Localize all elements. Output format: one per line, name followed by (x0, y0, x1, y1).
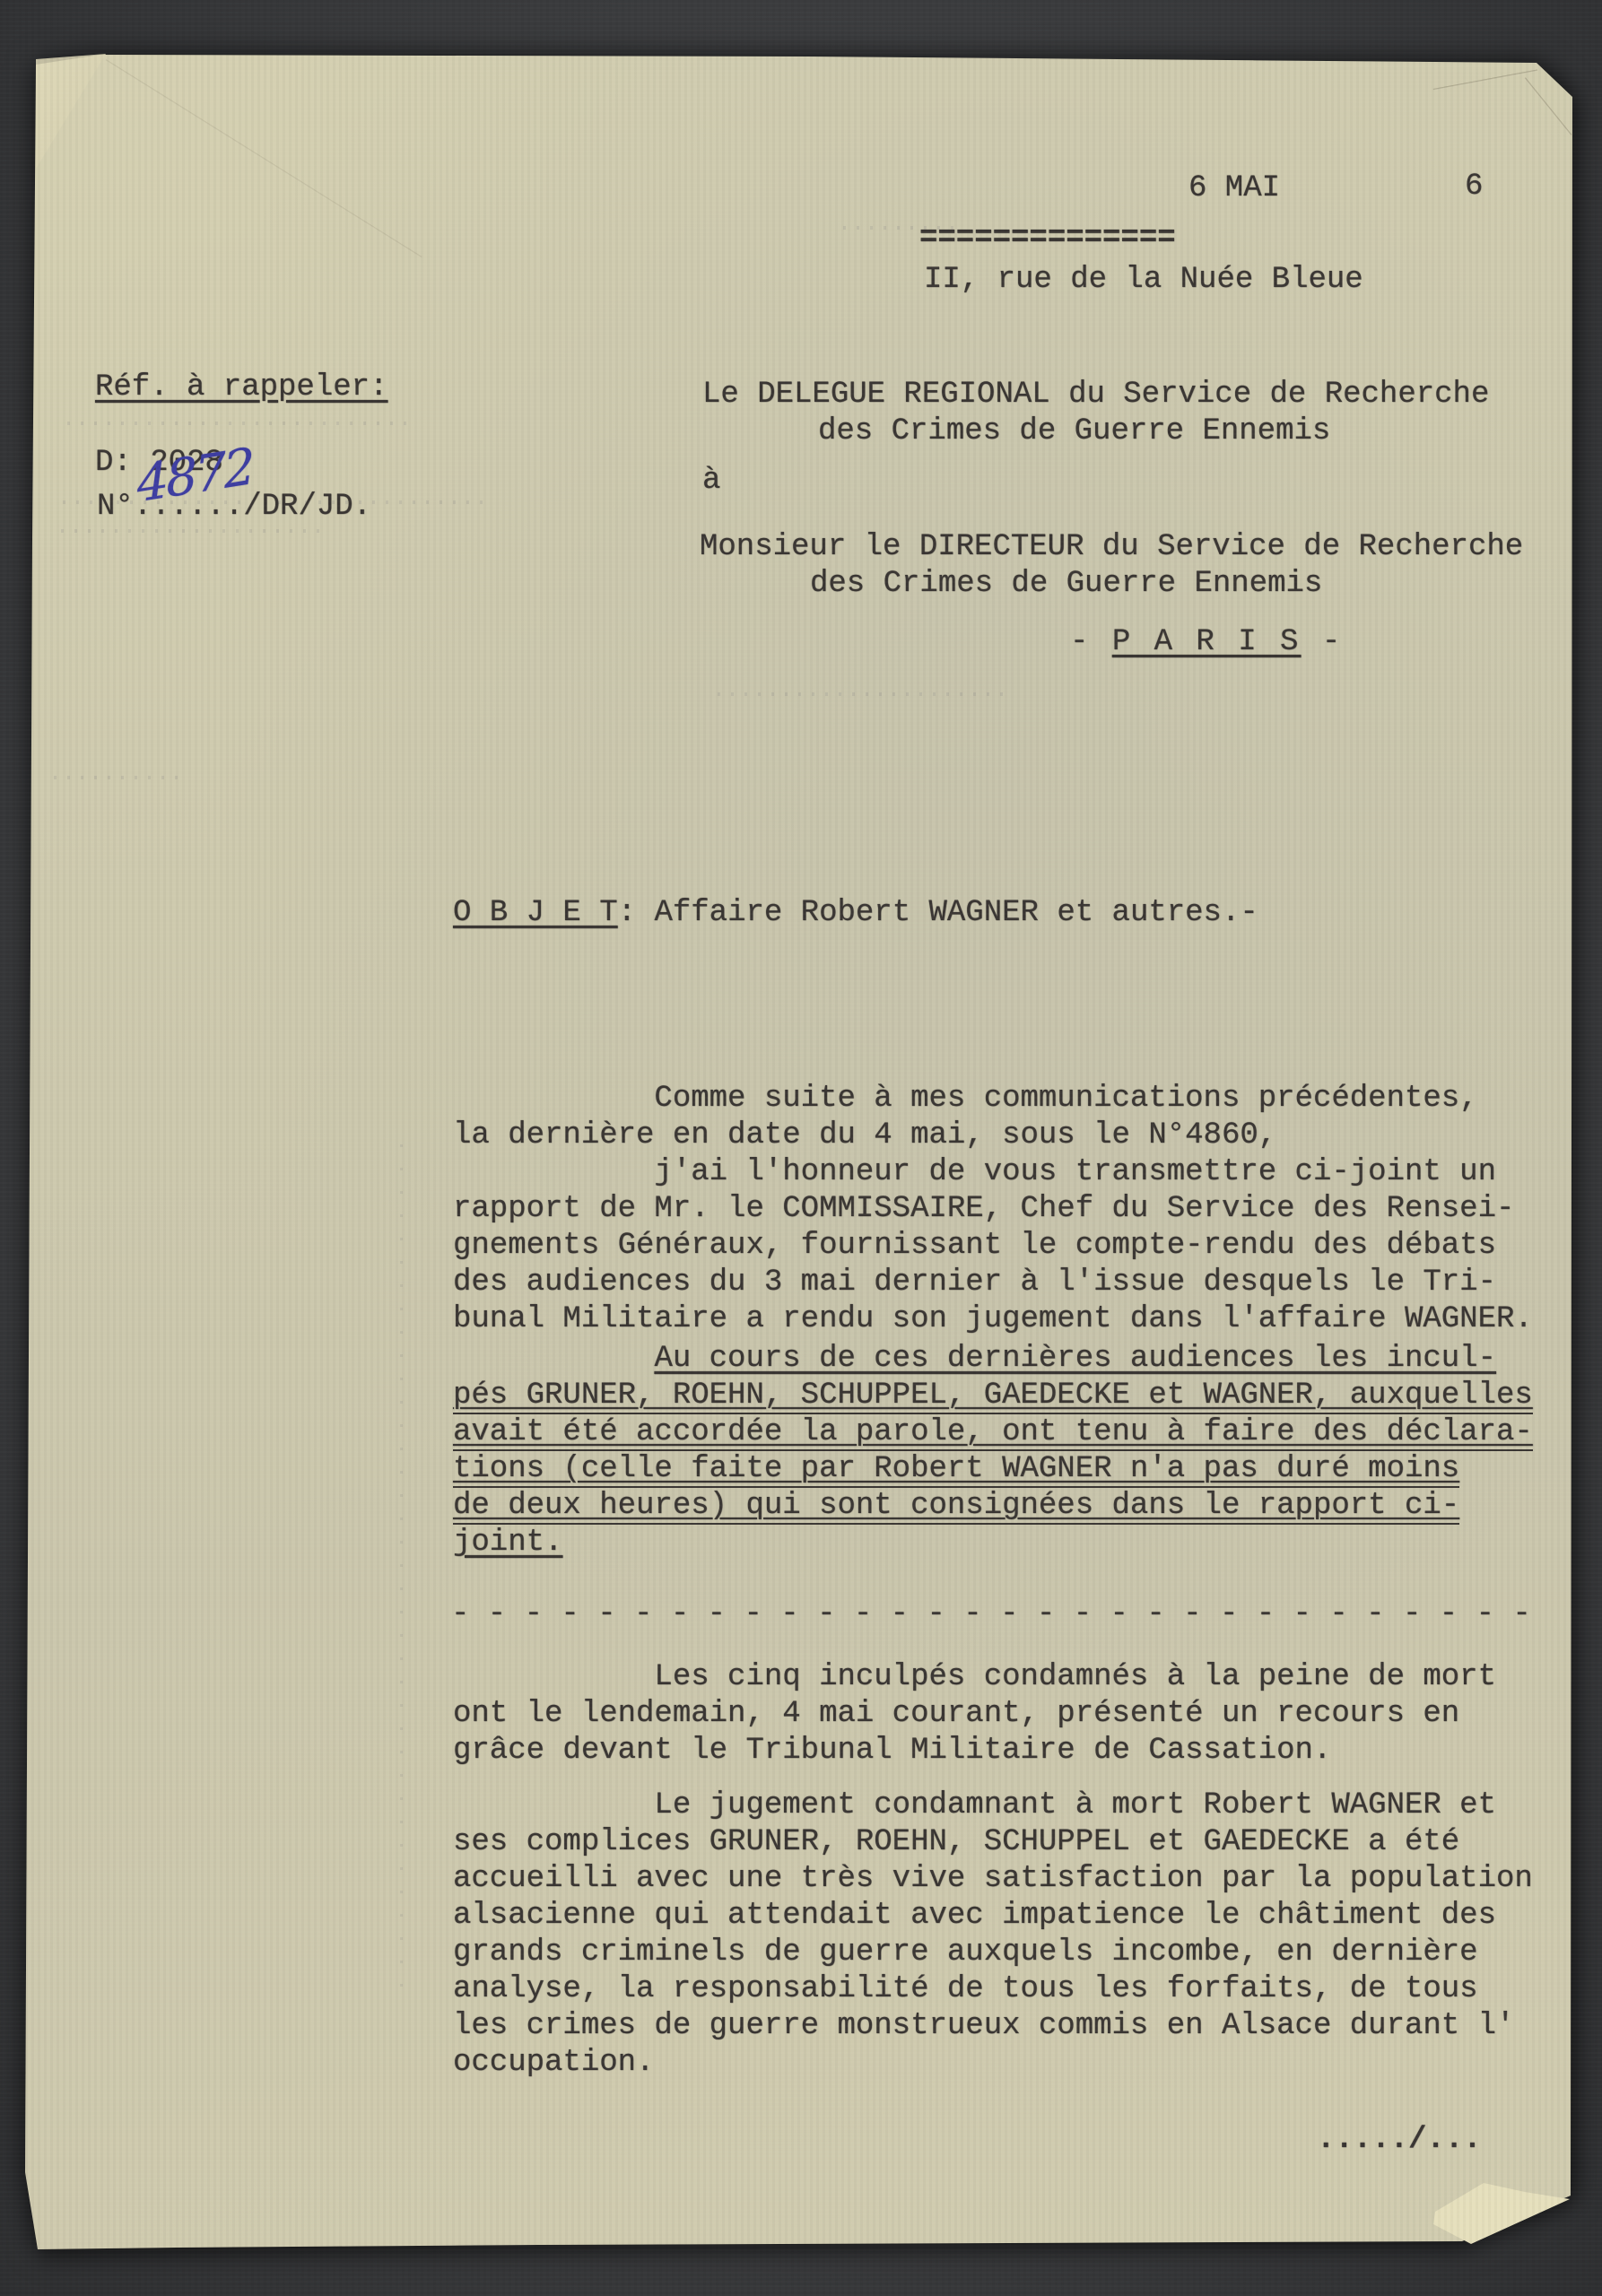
city-name: P A R I S (1112, 625, 1302, 659)
salutation-link-word: à (702, 463, 720, 500)
sender-title-line2: des Crimes de Guerre Ennemis (818, 413, 1330, 450)
city-dash-post: - (1301, 625, 1343, 659)
page-number: 6 (1465, 169, 1483, 205)
recipient-title-line2: des Crimes de Guerre Ennemis (810, 566, 1322, 603)
subject-text: Affaire Robert WAGNER et autres.- (654, 896, 1258, 930)
date-separator-dashes: ============== (919, 221, 1176, 257)
photo-mat-background: 6 MAI 6 ============== II, rue de la Nué… (0, 0, 1602, 2296)
sender-title-line1: Le DELEGUE REGIONAL du Service de Recher… (702, 377, 1489, 413)
reference-number-prefix: N° (97, 490, 134, 524)
reference-number-suffix: /DR/JD. (243, 490, 371, 524)
page-continuation-mark: ...../... (1317, 2122, 1482, 2159)
sender-street-address: II, rue de la Nuée Bleue (924, 262, 1363, 299)
subject-line: O B J E T: Affaire Robert WAGNER et autr… (453, 895, 1258, 932)
recipient-title-line1: Monsieur le DIRECTEUR du Service de Rech… (700, 529, 1523, 566)
city-line: - P A R I S - (1070, 624, 1343, 661)
body-paragraph-2-underlined: Au cours de ces dernières audiences les … (453, 1341, 1533, 1561)
reference-label-text: Réf. à rappeler: (95, 370, 387, 404)
body-paragraph-4: Le jugement condamnant à mort Robert WAG… (453, 1787, 1533, 2082)
body-paragraph-3: Les cinq inculpés condamnés à la peine d… (453, 1659, 1496, 1770)
subject-separator: : (618, 896, 655, 930)
city-dash-pre: - (1070, 625, 1112, 659)
subject-label: O B J E T (453, 896, 618, 930)
reference-label: Réf. à rappeler: (95, 370, 387, 406)
section-separator-dashes: - - - - - - - - - - - - - - - - - - - - … (451, 1596, 1531, 1633)
date-text: 6 MAI (1188, 170, 1280, 207)
body-paragraph-1: Comme suite à mes communications précéde… (453, 1081, 1533, 1338)
